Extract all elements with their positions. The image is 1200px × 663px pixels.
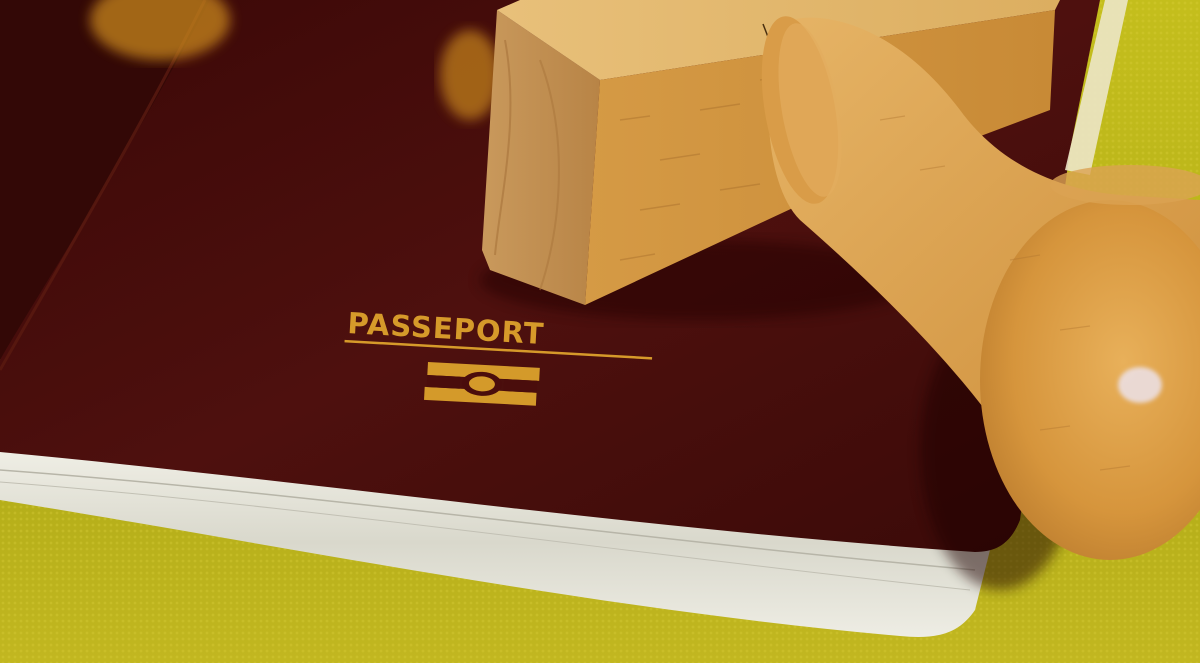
biometric-chip-icon (424, 362, 540, 406)
photo-scene: PASSEPORT (0, 0, 1200, 663)
photo-illustration: PASSEPORT (0, 0, 1200, 663)
